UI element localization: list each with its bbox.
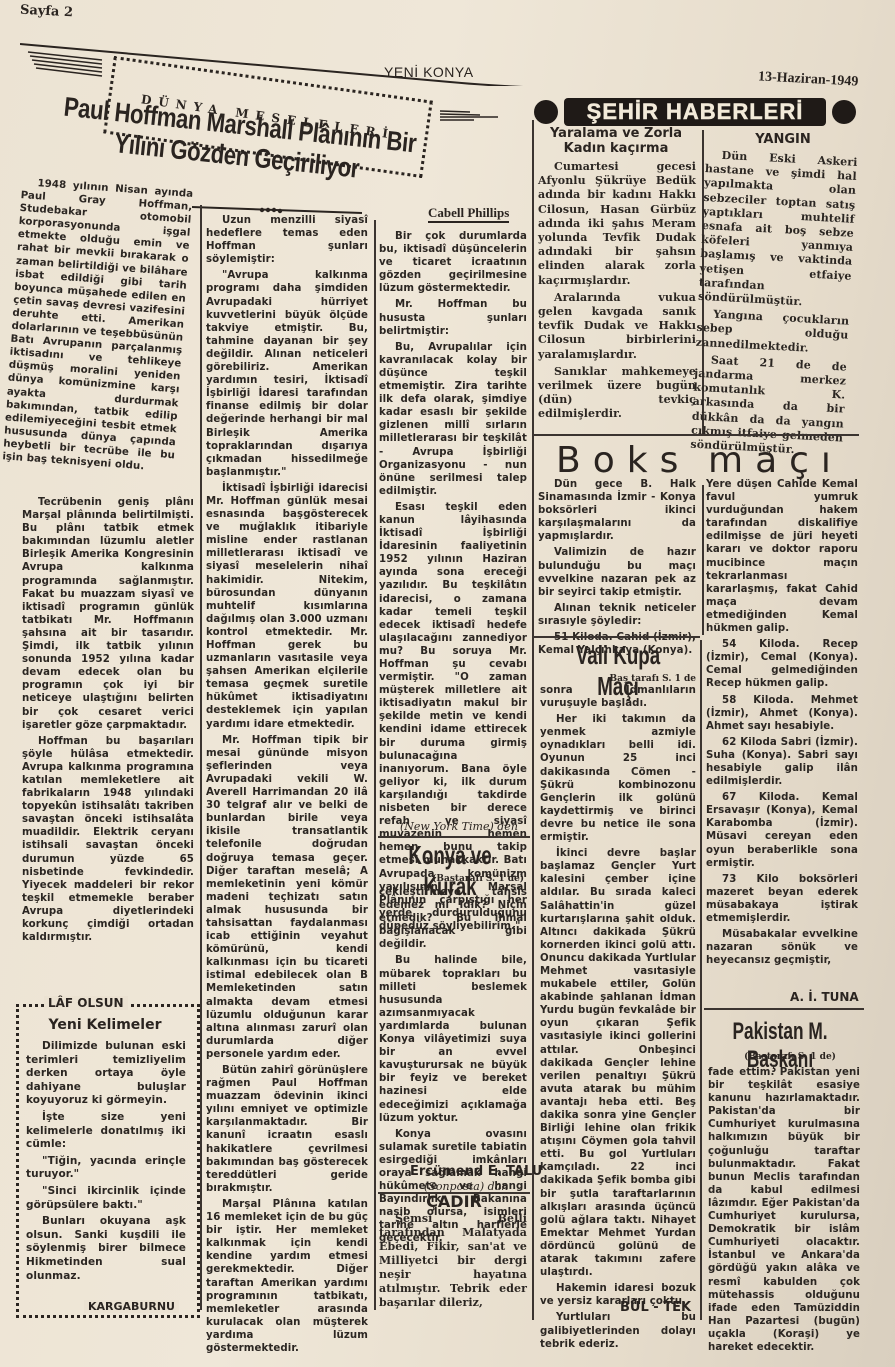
continued-note: Baş tarafı S. 1 de [590,674,696,684]
paragraph: Valimizin de hazır bulunduğu bu maçı evv… [538,546,696,598]
section-divider [378,836,530,838]
paragraph: Bir çok durumlarda bu, iktisadî düşüncel… [379,230,527,295]
paragraph: Bunları okuyana aşk olsun. Sanki kuşdili… [26,1215,186,1283]
continued-note: (Baştarafı S. 1 de) [740,1052,840,1062]
paragraph: 54 Kiloda. Recep (İzmir), Cemal (Konya).… [706,638,858,690]
paragraph: Şemsi Belli tarafından Malatyada Ebedi, … [379,1212,527,1310]
paragraph: Mr. Hoffman tipik bir mesai gününde misy… [206,734,368,1061]
paragraph: Alınan teknik neticeler sırasıyle şöyled… [538,602,696,628]
paragraph: Tecrübenin geniş plânı Marşal plânında b… [22,496,194,732]
article-column-1: 1948 yılının Nisan ayında Paul Gray Hoff… [2,176,194,478]
pakistan-body: fade ettim. Pakistan yeni bir teşkilât e… [708,1066,860,1357]
paragraph: İktisadî İşbirliği idarecisi Mr. Hoffman… [206,482,368,731]
page-number: Sayfa 2 [20,3,74,21]
paragraph: Bu, Avrupalılar için kavranılacak kolay … [379,341,527,498]
paragraph: Cumartesi gecesi Afyonlu Şükrüye Bedük a… [538,160,696,288]
paragraph: fade ettim. Pakistan yeni bir teşkilât e… [708,1066,860,1354]
column-divider [702,485,704,635]
newspaper-name: YENİ KONYA [384,64,474,80]
headline-divider [192,200,362,212]
continued-note: (Baştarafı S. 1 de) [420,874,524,884]
paragraph: İkinci devre başlar başlamaz Gençler Yur… [540,847,696,1279]
paragraph: çekleştirmeye tahsis edemez mi idik? Niç… [379,886,527,951]
boxing-body-1: Dün gece B. Halk Sinamasında İzmir - Kon… [538,478,696,660]
cadir-title: ÇADIR [378,1194,530,1209]
article-column-2: Uzun menzilli siyasî hedeflere temas ede… [206,214,368,1358]
laf-olsun-signature: KARGABURNU [84,1300,179,1313]
cadir-body: Şemsi Belli tarafından Malatyada Ebedi, … [379,1212,527,1313]
article-source: (New York Time) den [400,820,518,833]
paragraph: 58 Kiloda. Mehmet (İzmir), Ahmet (Konya)… [706,694,858,733]
arrow-ornament-icon [440,108,500,122]
paragraph: 73 Kilo boksörleri mazeret beyan ederek … [706,873,858,925]
paragraph: Marşal Plânına katılan 16 memleket için … [206,1198,368,1355]
paragraph: Hoffman bu başarıları şöyle hülâsa etmek… [22,735,194,945]
paragraph: Dün gece B. Halk Sinamasında İzmir - Kon… [538,478,696,543]
paragraph: Bu halinde bile, mübarek toprakları bu m… [379,954,527,1124]
paragraph: Bütün zahirî görünüşlere rağmen Paul Hof… [206,1064,368,1195]
paragraph: "Avrupa kalkınma programı daha şimdiden … [206,269,368,479]
paragraph: Müsabakalar evvelkine nazaran sönük ve h… [706,928,858,967]
paragraph: "Sinci ikircinlik içinde görüpsülere bak… [26,1185,186,1212]
paragraph: Mr. Hoffman bu hususta şunları belirtmiş… [379,298,527,337]
paragraph: Dilimizde bulunan eski terimleri temizli… [26,1040,186,1108]
newspaper-page: Sayfa 2 YENİ KONYA 13-Haziran-1949 DÜNYA… [0,0,895,1367]
yangin-title: YANGIN [708,132,858,147]
column-divider [200,205,202,1310]
paragraph: "Tiğin, yacında erinçle turuyor." [26,1155,186,1182]
paragraph: sonra İdmanlıların vuruşuyle başladı. [540,684,696,710]
vali-kupa-body: sonra İdmanlıların vuruşuyle başladı. He… [540,684,696,1354]
yangin-body: Dün Eski Askeri hastane ve şimdi hal yap… [690,148,858,463]
banner-dot-icon [832,100,856,124]
city-news-banner: ŞEHİR HABERLERİ [534,96,856,128]
article-byline: Cabell Phillips [428,205,509,223]
section-divider [534,434,859,436]
paragraph: 62 Kiloda Sabri (İzmir). Suha (Konya). S… [706,736,858,788]
paragraph: Yurtluları bu galibiyetlerinden dolayı t… [540,1311,696,1350]
paragraph: 67 Kiloda. Kemal Ersavaşır (Konya), Kema… [706,791,858,870]
paragraph: Sanıklar mahkemeye verilmek üzere bugün … [538,365,696,422]
author-signature: Ercümend E. TALU [410,1164,542,1179]
paragraph: Dün Eski Askeri hastane ve şimdi hal yap… [698,148,858,312]
paragraph: Yere düşen Cahide Kemal favul yumruk vur… [706,478,858,635]
boxing-title-right: maçı [708,440,843,481]
paragraph: Aralarında vukua gelen kavgada sanık tev… [538,291,696,362]
vali-kupa-author: BÜL - TEK [620,1300,691,1315]
column-divider [532,120,534,1320]
yaralama-body: Cumartesi gecesi Afyonlu Şükrüye Bedük a… [538,160,696,425]
laf-olsun-label: LÂF OLSUN [44,996,128,1010]
paragraph: 1948 yılının Nisan ayında Paul Gray Hoff… [2,176,194,475]
column-divider [374,220,376,1310]
paragraph: Her iki takımın da yenmek azmiyle oynadı… [540,713,696,844]
boxing-title-left: Boks [556,440,690,481]
section-divider [704,1008,864,1010]
column-divider [700,640,702,1320]
paragraph: Uzun menzilli siyasî hedeflere temas ede… [206,214,368,266]
boxing-body-2: Yere düşen Cahide Kemal favul yumruk vur… [706,478,858,970]
boxing-author: A. İ. TUNA [790,990,859,1004]
laf-olsun-title: Yeni Kelimeler [20,1018,190,1033]
paragraph: Yangına çocukların sebep olduğu zannedil… [695,307,849,358]
section-divider [534,636,700,638]
city-news-title: ŞEHİR HABERLERİ [564,98,826,126]
banner-dot-icon [534,100,558,124]
laf-olsun-body: Dilimizde bulunan eski terimleri temizli… [26,1040,186,1286]
yaralama-title: Yaralama ve Zorla Kadın kaçırma [536,126,696,156]
article-column-1-cont: Tecrübenin geniş plânı Marşal plânında b… [22,496,194,947]
paragraph: İşte size yeni kelimelerle donatılmış ik… [26,1111,186,1152]
